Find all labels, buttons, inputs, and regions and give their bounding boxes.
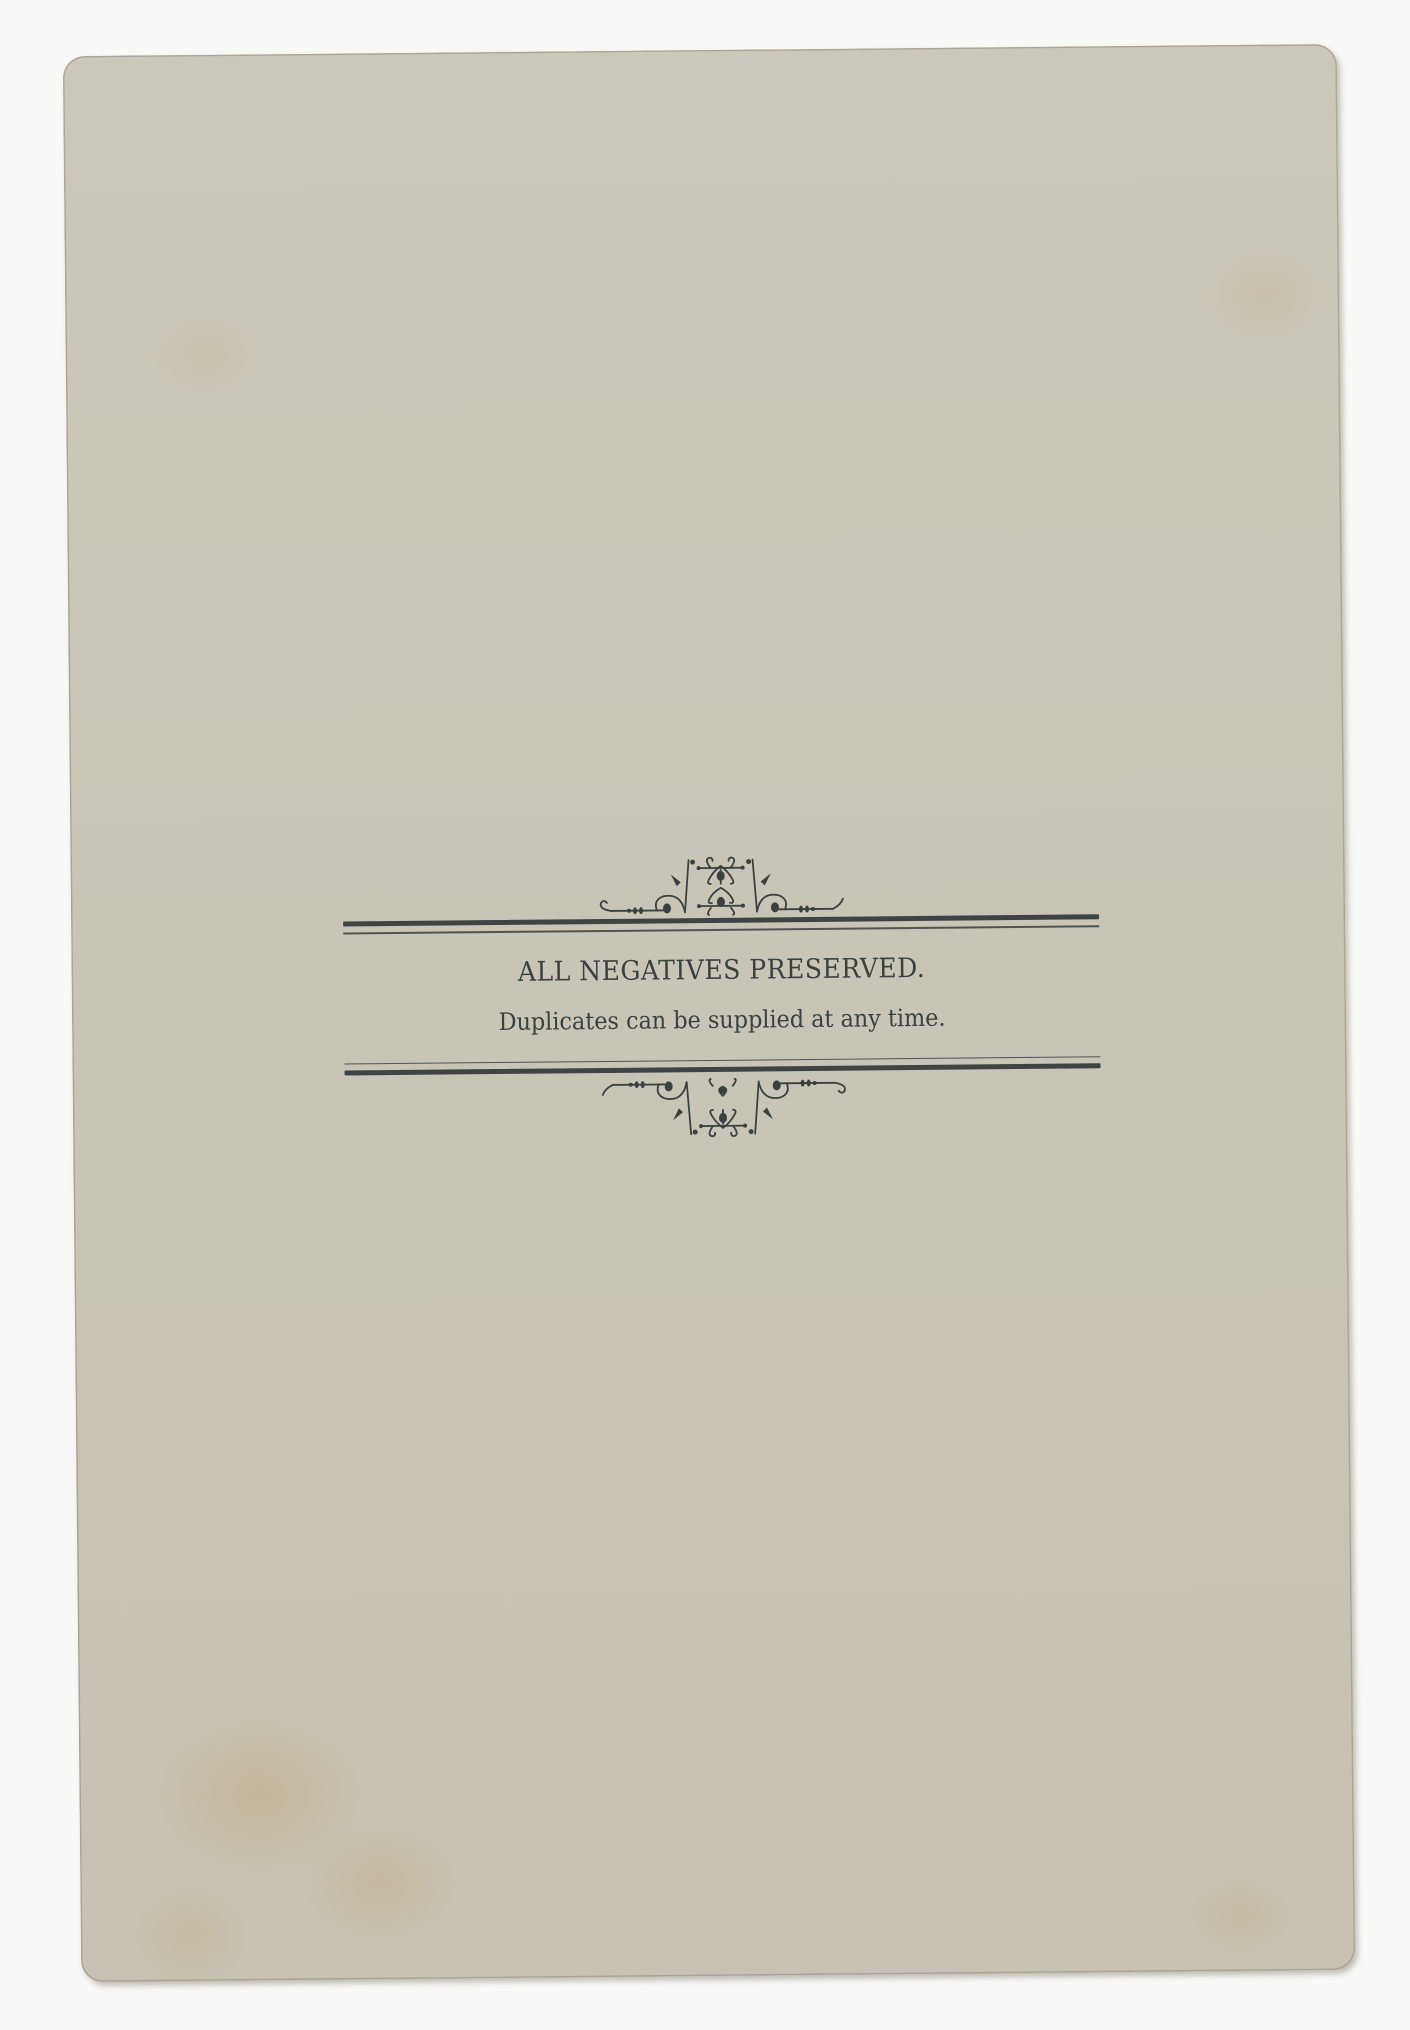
scan-background: ALL NEGATIVES PRESERVED. Duplicates can … xyxy=(0,0,1410,2030)
top-double-rule xyxy=(343,914,1099,934)
bottom-double-rule xyxy=(344,1056,1100,1076)
scroll-flourish-ornament-inverted-icon xyxy=(573,1074,874,1141)
subheading-text: Duplicates can be supplied at any time. xyxy=(369,1002,1076,1037)
scroll-flourish-ornament-icon xyxy=(570,852,871,919)
photographer-imprint: ALL NEGATIVES PRESERVED. Duplicates can … xyxy=(340,850,1103,1143)
cabinet-card-back: ALL NEGATIVES PRESERVED. Duplicates can … xyxy=(63,44,1355,1982)
heading-text: ALL NEGATIVES PRESERVED. xyxy=(368,951,1075,989)
